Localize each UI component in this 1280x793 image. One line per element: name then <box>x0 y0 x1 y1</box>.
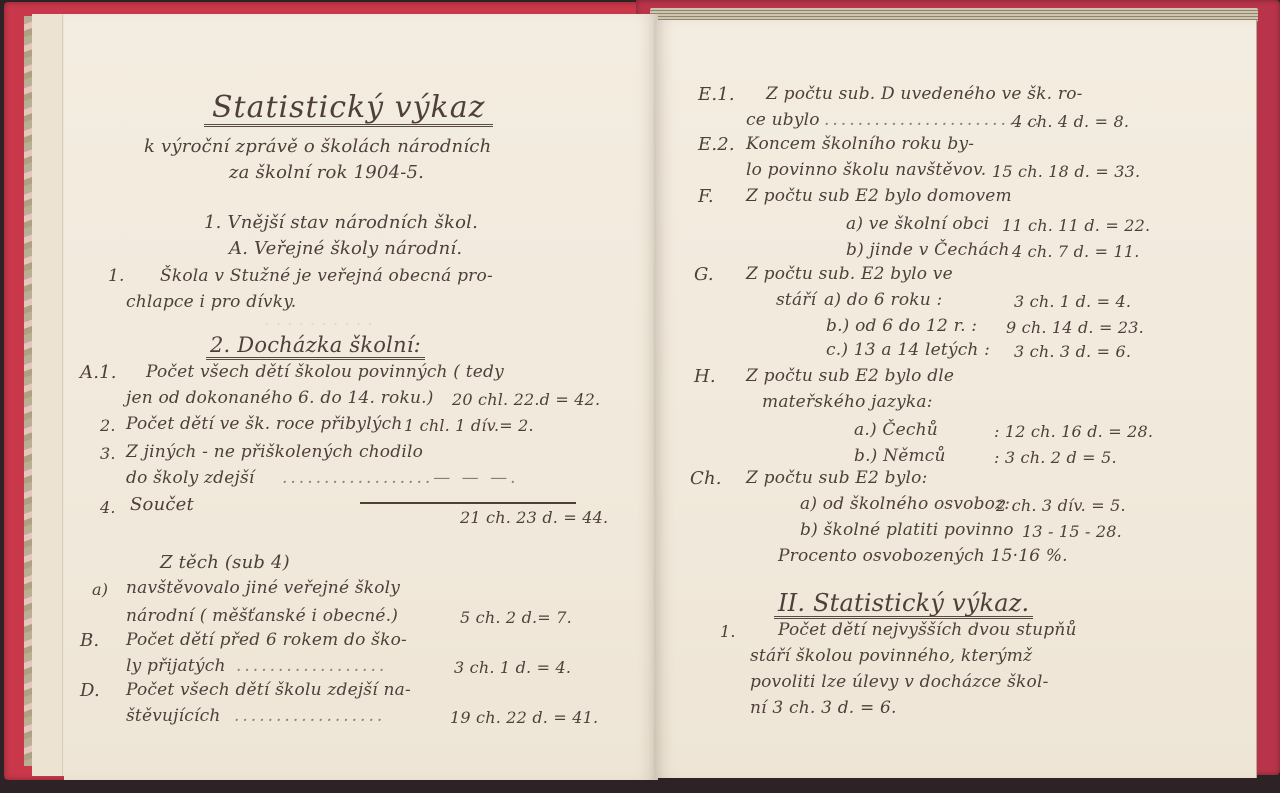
page-title: Statistický výkaz <box>204 92 493 127</box>
sub-item-label: b) školné platiti povinno <box>800 520 1014 540</box>
sub-item-value: 3 ch. 1 d. = 4. <box>1014 292 1131 311</box>
percentage-line: Procento osvobozených 15·16 %. <box>778 546 1068 566</box>
sub-item-label: a.) Čechů <box>854 420 938 440</box>
item-line: Počet všech dětí školou povinných ( tedy <box>146 362 504 382</box>
item-line: ní 3 ch. 3 d. = 6. <box>750 698 897 718</box>
item-line: národní ( měšťanské i obecné.) <box>126 606 398 626</box>
item-line: do školy zdejší <box>126 468 255 488</box>
item-value: 1 chl. 1 dív.= 2. <box>404 416 534 435</box>
item-marker: G. <box>694 264 714 285</box>
from-these-heading: Z těch (sub 4) <box>160 552 290 573</box>
sub-item-value: 11 ch. 11 d. = 22. <box>1002 216 1150 235</box>
sub-item-label: b) jinde v Čechách <box>846 240 1010 260</box>
item-value: 5 ch. 2 d.= 7. <box>460 608 572 627</box>
age-prefix: stáří <box>776 290 816 310</box>
sub-item-label: c.) 13 a 14 letých : <box>826 340 990 360</box>
item-line: Z počtu sub E2 bylo domovem <box>746 186 1012 206</box>
item-value: 19 ch. 22 d. = 41. <box>450 708 598 727</box>
item-line: Z počtu sub E2 bylo: <box>746 468 928 488</box>
sum-value: 21 ch. 23 d. = 44. <box>460 508 608 527</box>
item-line: stáří školou povinného, kterýmž <box>750 646 1032 666</box>
sub-item-label: a) ve školní obci <box>846 214 989 234</box>
item-line: Koncem školního roku by- <box>746 134 974 154</box>
item-marker: 1. <box>108 266 125 286</box>
item-value: 15 ch. 18 d. = 33. <box>992 162 1140 181</box>
item-marker: E.1. <box>698 84 735 105</box>
sub-item-value: 13 - 15 - 28. <box>1022 522 1122 541</box>
item-line: jen od dokonaného 6. do 14. roku.) <box>126 388 434 408</box>
leader-dots: .................. <box>234 706 385 726</box>
sub-item-label: a) do 6 roku : <box>824 290 942 310</box>
sub-item-label: a) od školného osvoboz: <box>800 494 1010 514</box>
item-line: Počet dětí před 6 rokem do ško- <box>126 630 407 650</box>
right-page: E.1. Z počtu sub. D uvedeného ve šk. ro-… <box>654 20 1256 778</box>
left-page: · · · · · · · · · · Statistický výkaz k … <box>64 14 658 780</box>
section-1-heading: 1. Vnější stav národních škol. <box>204 212 478 233</box>
item-marker: 4. <box>100 498 116 517</box>
item-marker: E.2. <box>698 134 735 155</box>
item-line: ly přijatých <box>126 656 226 676</box>
section-1-subheading: A. Veřejné školy národní. <box>229 238 462 259</box>
item-value: 4 ch. 4 d. = 8. <box>1012 112 1129 131</box>
leader-dots: .................. <box>236 656 387 676</box>
item-marker: Ch. <box>690 468 722 489</box>
leader-dots: ..................— — —. <box>282 468 518 488</box>
sub-item-value: : 12 ch. 16 d. = 28. <box>994 422 1153 441</box>
item-line: Z počtu sub. E2 bylo ve <box>746 264 953 284</box>
item-value: 3 ch. 1 d. = 4. <box>454 658 571 677</box>
item-line: ce ubylo <box>746 110 820 130</box>
subtitle-line-1: k výroční zprávě o školách národních <box>144 136 491 157</box>
item-marker: 3. <box>100 444 116 463</box>
item-line: chlapce i pro dívky. <box>126 292 296 312</box>
sum-rule <box>360 502 576 504</box>
section-II-heading: II. Statistický výkaz. <box>774 590 1033 619</box>
leader-dots: .......................... <box>824 110 1043 130</box>
sub-item-value: 9 ch. 14 d. = 23. <box>1006 318 1144 337</box>
item-line: Z počtu sub E2 bylo dle <box>746 366 954 386</box>
item-line: mateřského jazyka: <box>762 392 933 412</box>
item-line: Z počtu sub. D uvedeného ve šk. ro- <box>766 84 1083 104</box>
sub-item-value: : 3 ch. 2 d = 5. <box>994 448 1117 467</box>
sub-item-label: b.) od 6 do 12 r. : <box>826 316 977 336</box>
sub-item-value: 4 ch. 7 d. = 11. <box>1012 242 1140 261</box>
item-line: Počet dětí ve šk. roce přibylých <box>126 414 403 434</box>
item-marker: A.1. <box>80 362 117 383</box>
item-marker: H. <box>694 366 716 387</box>
item-marker: 1. <box>720 622 736 641</box>
item-line: navštěvovalo jiné veřejné školy <box>126 578 400 598</box>
item-marker: a) <box>92 580 108 599</box>
item-marker: 2. <box>100 416 116 435</box>
item-line: lo povinno školu navštěvov. <box>746 160 986 180</box>
item-line: Počet dětí nejvyšších dvou stupňů <box>778 620 1077 640</box>
sub-item-label: b.) Němců <box>854 446 946 466</box>
sub-item-value: 2 ch. 3 dív. = 5. <box>996 496 1126 515</box>
item-marker: D. <box>80 680 100 701</box>
sub-item-value: 3 ch. 3 d. = 6. <box>1014 342 1131 361</box>
item-line: Škola v Stužné je veřejná obecná pro- <box>160 266 493 286</box>
item-marker: F. <box>698 186 714 207</box>
item-line: Počet všech dětí školu zdejší na- <box>126 680 411 700</box>
bleed-through-text: · · · · · · · · · · <box>264 314 373 335</box>
item-line: Součet <box>130 494 194 515</box>
item-line: Z jiných - ne přiškolených chodilo <box>126 442 423 462</box>
subtitle-line-2: za školní rok 1904-5. <box>229 162 424 183</box>
item-marker: B. <box>80 630 99 651</box>
section-2-heading: 2. Docházka školní: <box>206 334 425 360</box>
item-line: štěvujících <box>126 706 221 726</box>
item-line: povoliti lze úlevy v docházce škol- <box>750 672 1049 692</box>
item-value: 20 chl. 22.d = 42. <box>452 390 600 409</box>
